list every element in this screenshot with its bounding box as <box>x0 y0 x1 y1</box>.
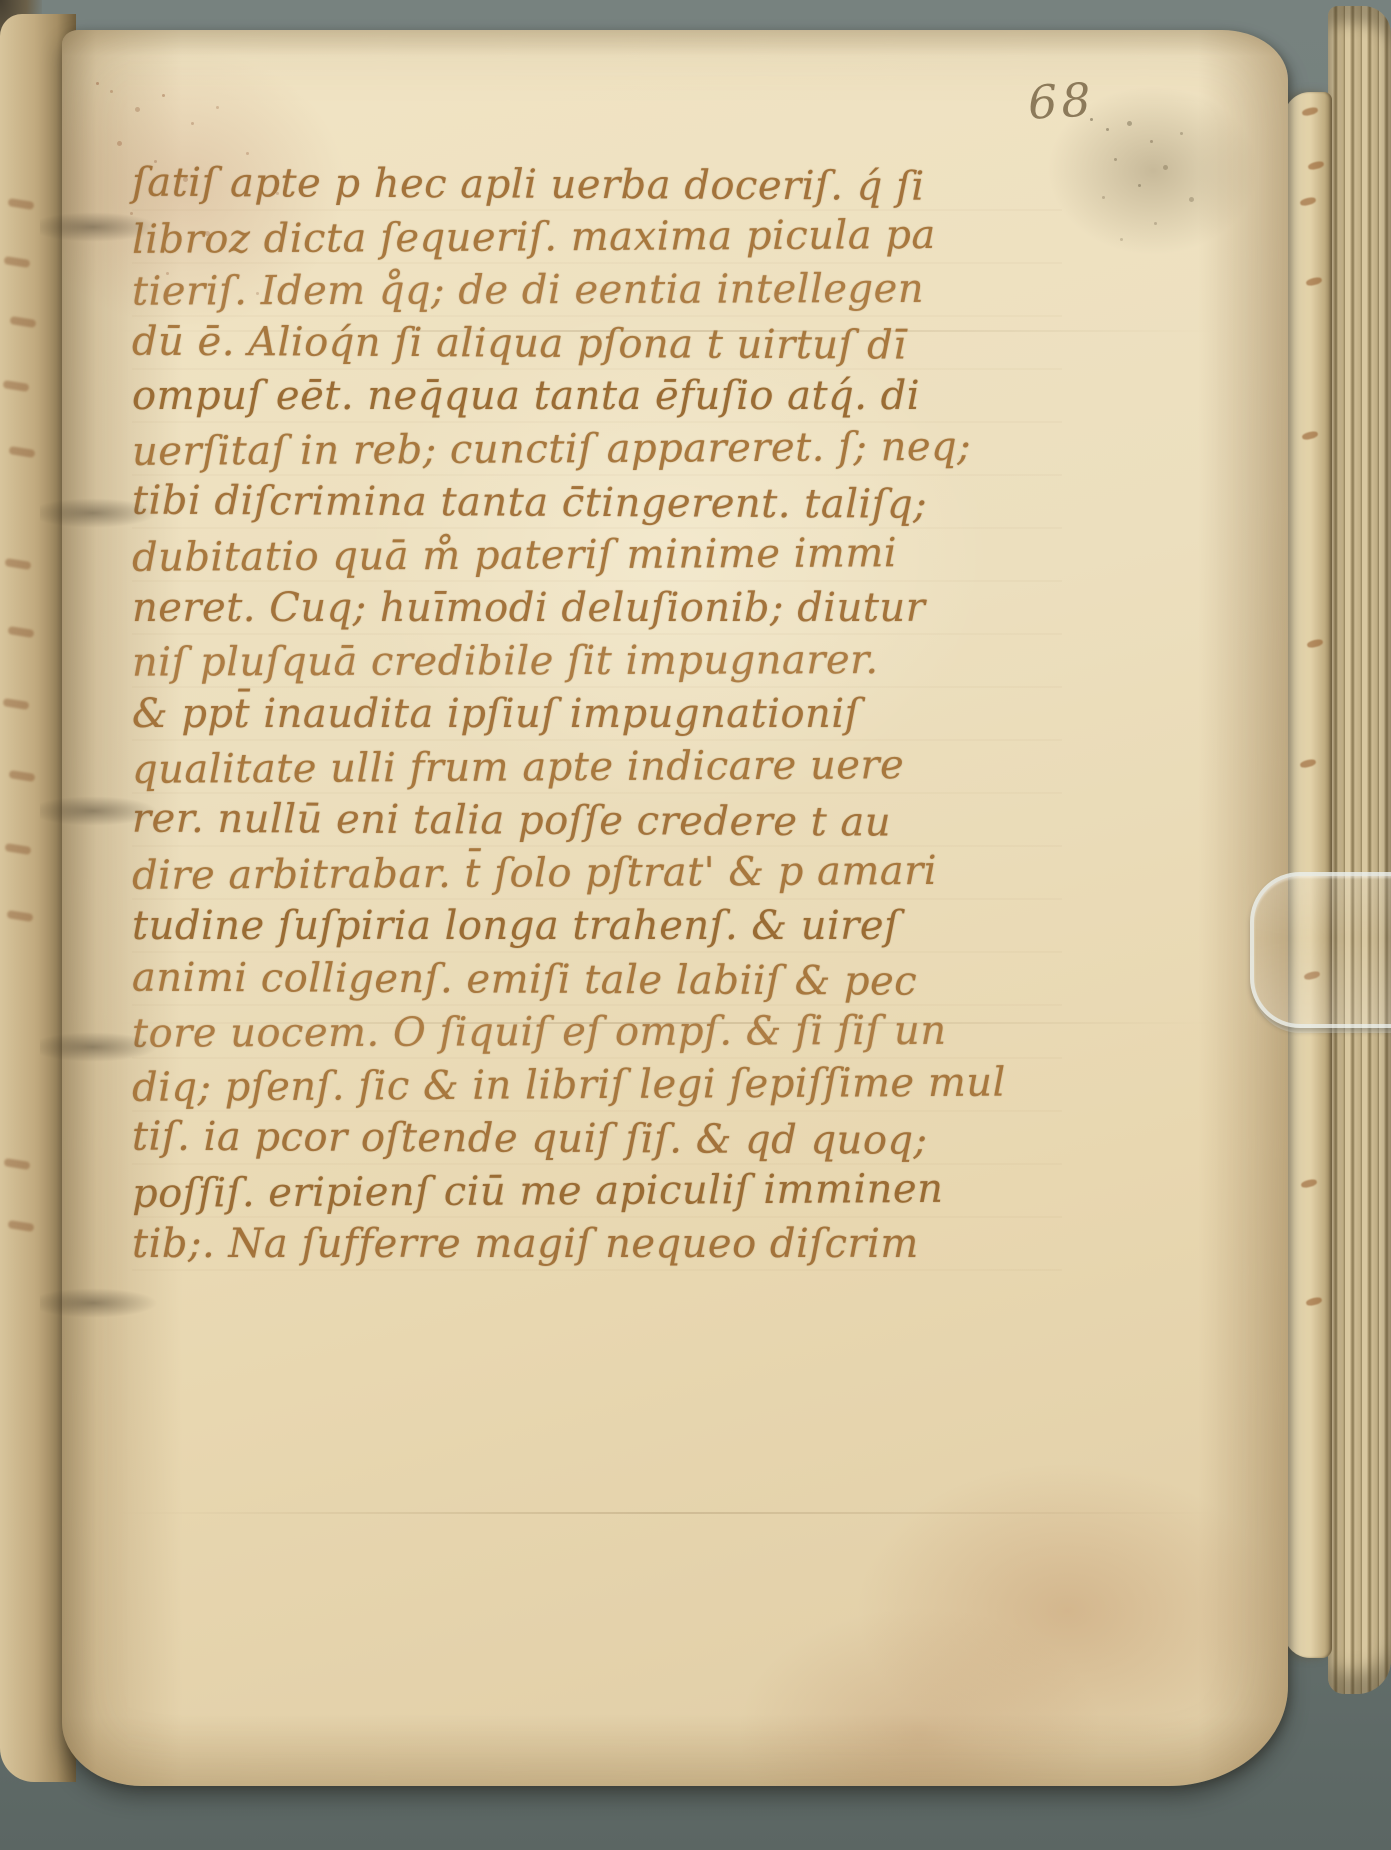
folio-number: 68 <box>1027 72 1096 129</box>
text-line: poſſiſ. eripienſ ciū me apiculiſ imminen <box>132 1162 1062 1221</box>
text-line: dire arbitrabar. t̄ ſolo pſtrat' & p ama… <box>132 844 1062 903</box>
parchment-crease <box>112 1512 1218 1514</box>
text-line: tibi diſcrimina tanta c̄tingerent. taliſ… <box>132 475 1062 533</box>
text-line: & ppt̄ inaudita ipſiuſ impugnationiſ <box>132 688 1062 741</box>
text-line: ſatiſ apte p hec apli uerba doceriſ. q́ … <box>132 157 1062 215</box>
text-line: dubitatio quā m̊ pateriſ minime immi <box>132 526 1062 585</box>
manuscript-page: 68 ſatiſ apte p hec apli uerba doceriſ. … <box>62 30 1288 1786</box>
binding-ridge-shadow <box>40 212 158 242</box>
fore-edge-page-stack <box>1328 6 1391 1694</box>
text-line: dū ē. Alioq́n ſi aliqua pſona t uirtuſ d… <box>132 316 1062 374</box>
text-line: libroz dicta ſequeriſ. maxima picula pa <box>132 208 1062 267</box>
text-line: tudine ſuſpiria longa trahenſ. & uireſ <box>132 900 1062 953</box>
manuscript-photo: 68 ſatiſ apte p hec apli uerba doceriſ. … <box>0 0 1391 1850</box>
text-line: tore uocem. O ſiquiſ eſ ompſ. & ſi ſiſ u… <box>132 1004 1062 1060</box>
text-line: animi colligenſ. emiſi tale labiiſ & pec <box>132 952 1062 1010</box>
text-block: ſatiſ apte p hec apli uerba doceriſ. q́ … <box>132 158 1062 1271</box>
transparent-page-holder-clip <box>1250 872 1391 1028</box>
text-line: ompuſ eēt. neq̄qua tanta ēfuſio atq́. di <box>132 370 1062 423</box>
text-line: tieriſ. Idem q̊q; de di eentia intellege… <box>132 262 1062 318</box>
text-line: diq; pſenſ. ſic & in libriſ legi ſepiſſi… <box>132 1056 1062 1115</box>
parchment-speckles <box>96 82 99 85</box>
text-line: tib;. Na ſufferre magiſ nequeo diſcrim <box>132 1218 1062 1271</box>
text-line: qualitate ulli frum apte indicare uere <box>132 738 1062 797</box>
binding-ridge-shadow <box>40 1288 158 1318</box>
binding-ridge-shadow <box>40 796 158 826</box>
text-line: uerſitaſ in reb; cunctiſ appareret. ſ; n… <box>132 420 1062 479</box>
text-line: rer. nullū eni talia poſſe credere t au <box>132 793 1062 851</box>
text-line: neret. Cuq; huīmodi deluſionib; diutur <box>132 582 1062 635</box>
text-line: tiſ. ia pcor oſtende quiſ ſiſ. & qd quoq… <box>132 1111 1062 1169</box>
text-line: niſ pluſquā credibile ſit impugnarer. <box>132 633 1062 689</box>
binding-ridge-shadow <box>40 498 158 528</box>
binding-ridge-shadow <box>40 1032 158 1062</box>
